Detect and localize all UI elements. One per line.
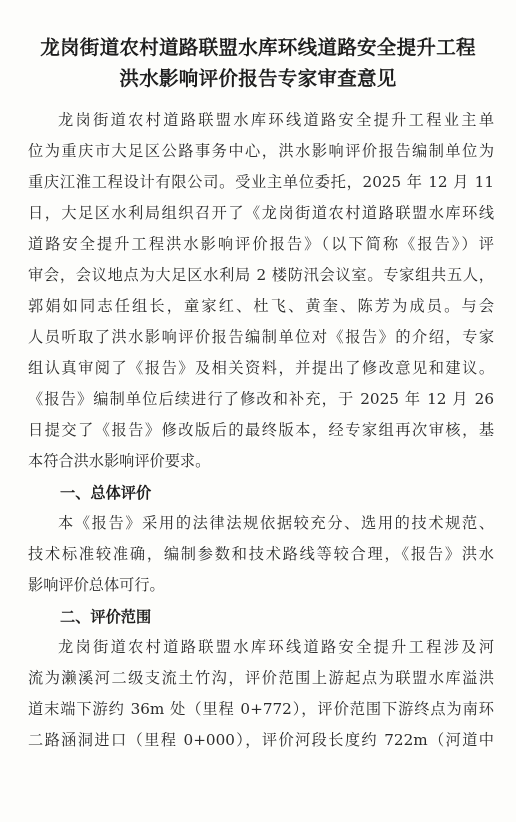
- intro-paragraph-line: 《报告》编制单位后续进行了修改和补充，于 2025 年 12 月 26: [28, 389, 494, 409]
- intro-paragraph-line: 龙岗街道农村道路联盟水库环线道路安全提升工程业主单: [58, 110, 494, 130]
- document-title-line-2: 洪水影响评价报告专家审查意见: [0, 63, 516, 91]
- intro-paragraph-line: 日提交了《报告》修改版后的最终版本，经专家组再次审核，基: [28, 420, 494, 440]
- intro-paragraph-line: 道路安全提升工程洪水影响评价报告》（以下简称《报告》）评: [28, 234, 494, 254]
- intro-paragraph-line: 本符合洪水影响评价要求。: [28, 451, 494, 471]
- intro-paragraph-line: 人员听取了洪水影响评价报告编制单位对《报告》的介绍，专家: [28, 327, 494, 347]
- section-heading-evaluation-scope: 二、评价范围: [60, 606, 151, 627]
- section2-paragraph-line: 龙岗街道农村道路联盟水库环线道路安全提升工程涉及河: [58, 637, 494, 657]
- intro-paragraph-line: 审会，会议地点为大足区水利局 2 楼防汛会议室。专家组共五人，: [28, 265, 494, 285]
- section1-paragraph-line: 本《报告》采用的法律法规依据较充分、选用的技术规范、: [58, 513, 494, 533]
- document-title-line-1: 龙岗街道农村道路联盟水库环线道路安全提升工程: [0, 32, 516, 60]
- section-heading-overall-evaluation: 一、总体评价: [60, 482, 151, 503]
- section1-paragraph-line: 技术标准较准确，编制参数和技术路线等较合理，《报告》洪水: [28, 544, 494, 564]
- intro-paragraph-line: 重庆江淮工程设计有限公司。受业主单位委托，2025 年 12 月 11: [28, 172, 494, 192]
- intro-paragraph-line: 位为重庆市大足区公路事务中心，洪水影响评价报告编制单位为: [28, 141, 494, 161]
- intro-paragraph-line: 日，大足区水利局组织召开了《龙岗街道农村道路联盟水库环线: [28, 203, 494, 223]
- intro-paragraph-line: 组认真审阅了《报告》及相关资料，并提出了修改意见和建议。: [28, 358, 494, 378]
- section2-paragraph-line: 二路涵洞进口（里程 0+000），评价河段长度约 722m（河道中: [28, 730, 494, 750]
- intro-paragraph-line: 郭娟如同志任组长，童家红、杜飞、黄奎、陈芳为成员。与会: [28, 296, 494, 316]
- section1-paragraph-line: 影响评价总体可行。: [28, 575, 494, 595]
- section2-paragraph-line: 流为濑溪河二级支流土竹沟，评价范围上游起点为联盟水库溢洪: [28, 668, 494, 688]
- document-page: 龙岗街道农村道路联盟水库环线道路安全提升工程 洪水影响评价报告专家审查意见 龙岗…: [0, 0, 516, 822]
- section2-paragraph-line: 道末端下游约 36m 处（里程 0+772），评价范围下游终点为南环: [28, 699, 494, 719]
